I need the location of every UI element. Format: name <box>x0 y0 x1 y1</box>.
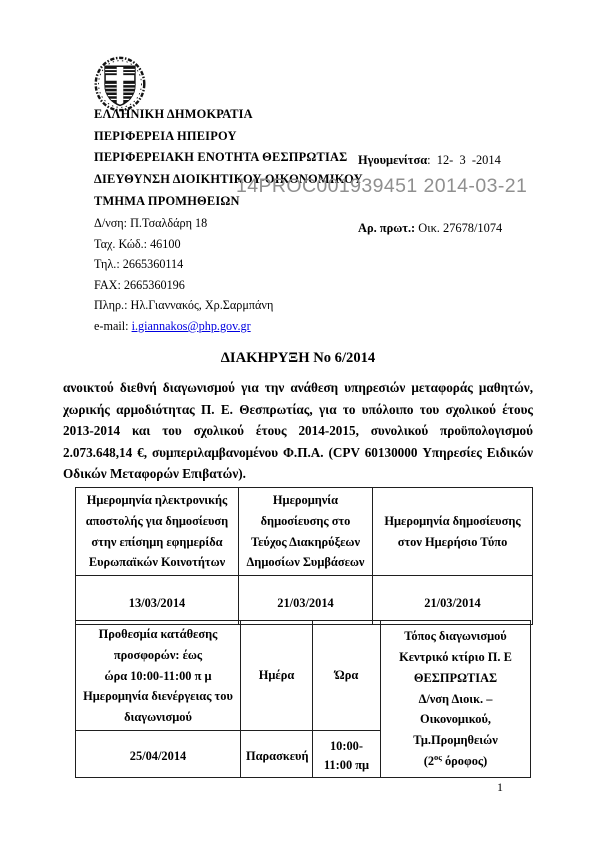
protocol-label: Αρ. πρωτ.: <box>358 221 415 235</box>
page-number: 1 <box>497 780 503 795</box>
t1-date-daily-press: 21/03/2014 <box>373 576 533 625</box>
t2-tender-date: 25/04/2014 <box>76 730 241 777</box>
city-label: Ηγουμενίτσα <box>358 153 427 167</box>
publication-dates-table: Ημερομηνία ηλεκτρονικής αποστολής για δη… <box>75 487 533 625</box>
tender-schedule-table: Προθεσμία κατάθεσης προσφορών: έως ώρα 1… <box>75 620 531 778</box>
contact-info-persons: Πληρ.: Ηλ.Γιαννακός, Χρ.Σαρμπάνη <box>94 295 273 316</box>
contact-phone: Τηλ.: 2665360114 <box>94 254 273 275</box>
contact-fax: FAX: 2665360196 <box>94 275 273 296</box>
email-link[interactable]: i.giannakos@php.gov.gr <box>132 319 251 333</box>
t2-header-deadline: Προθεσμία κατάθεσης προσφορών: έως ώρα 1… <box>76 621 241 731</box>
t1-date-gov-gazette: 21/03/2014 <box>239 576 373 625</box>
t2-header-day: Ημέρα <box>241 621 313 731</box>
t2-location-floor: (2ος όροφος) <box>386 751 525 772</box>
city-date-value: : 12- 3 -2014 <box>427 153 501 167</box>
contact-block: Δ/νση: Π.Τσαλδάρη 18 Ταχ. Κώδ.: 46100 Τη… <box>94 213 273 337</box>
authority-line: ΠΕΡΙΦΕΡΕΙΑ ΗΠΕΙΡΟΥ <box>94 126 363 148</box>
t1-header-daily-press: Ημερομηνία δημοσίευσης στον Ημερήσιο Τύπ… <box>373 488 533 576</box>
registry-watermark-text: 14PROC001939451 2014-03-21 <box>236 175 527 198</box>
t2-tender-day: Παρασκευή <box>241 730 313 777</box>
body-paragraph: ανοικτού διεθνή διαγωνισμού για την ανάθ… <box>63 377 533 485</box>
t2-location-cell: Τόπος διαγωνισμού Κεντρικό κτίριο Π. Ε Θ… <box>381 621 531 778</box>
contact-postal-code: Ταχ. Κώδ.: 46100 <box>94 234 273 255</box>
t2-header-time: Ώρα <box>313 621 381 731</box>
authority-line: ΕΛΛΗΝΙΚΗ ΔΗΜΟΚΡΑΤΙΑ <box>94 104 363 126</box>
city-date-line: Ηγουμενίτσα: 12- 3 -2014 <box>358 149 502 172</box>
document-page: ΕΛΛΗΝΙΚΗ ΔΗΜΟΚΡΑΤΙΑ ΠΕΡΙΦΕΡΕΙΑ ΗΠΕΙΡΟΥ Π… <box>0 0 595 842</box>
t1-header-gov-gazette: Ημερομηνία δημοσίευσης στο Τεύχος Διακηρ… <box>239 488 373 576</box>
protocol-value: Οικ. 27678/1074 <box>415 221 502 235</box>
document-title: ΔΙΑΚΗΡΥΞΗ Νο 6/2014 <box>63 350 533 367</box>
protocol-line: Αρ. πρωτ.: Οικ. 27678/1074 <box>358 217 502 240</box>
authority-line: ΠΕΡΙΦΕΡΕΙΑΚΗ ΕΝΟΤΗΤΑ ΘΕΣΠΡΩΤΙΑΣ <box>94 147 363 169</box>
t1-header-eu-journal: Ημερομηνία ηλεκτρονικής αποστολής για δη… <box>76 488 239 576</box>
t1-date-eu-journal: 13/03/2014 <box>76 576 239 625</box>
t2-tender-time: 10:00- 11:00 πμ <box>313 730 381 777</box>
email-label: e-mail: <box>94 319 132 333</box>
contact-address: Δ/νση: Π.Τσαλδάρη 18 <box>94 213 273 234</box>
contact-email-line: e-mail: i.giannakos@php.gov.gr <box>94 316 273 337</box>
